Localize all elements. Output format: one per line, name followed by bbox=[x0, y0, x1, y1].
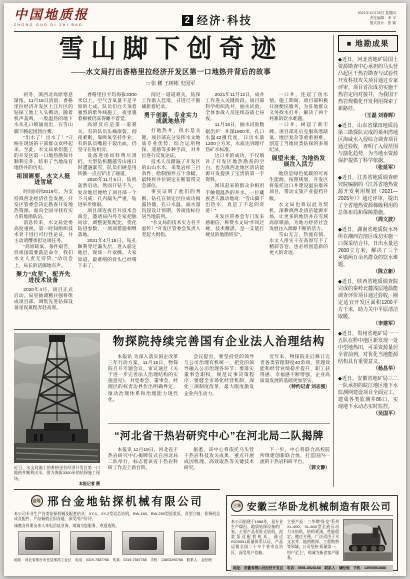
column-author: （郭文静） bbox=[260, 465, 330, 471]
column-text: 本报讯 11月19日，河北省干热岩研究中心揭牌仪式在河北局二队举行，标志着该省干… bbox=[108, 447, 178, 470]
article-column: 2021年11月12日，成井工作进入关键阶段。项目部科学组织洗井、抽水试验，全体… bbox=[205, 92, 264, 332]
governance-column: 会议提出，要坚持党的领导与公司治理有机统一，把党的领导融入公司治理各环节；要落实… bbox=[184, 354, 254, 424]
dateline: 2021年11月25日 星期四 责任编辑：李 平 版式设计：张 颖 bbox=[310, 11, 396, 26]
article-paragraph: 11月18日，抽水试验数据出炉：井深1800米，孔口水温42摄氏度，日出水量12… bbox=[205, 122, 264, 152]
main-article-columns: 初冬，滇西北高原寒意渐浓。11月18日清晨，香格里拉经济开发区上江片区的钻探工地… bbox=[14, 92, 328, 332]
article-paragraph: 打地热井，找水是关键。项目部充分发挥水文地质专业优势，综合运用物探、遥感等多种手… bbox=[142, 128, 201, 158]
ad-right-header: 三华 安徽三华卧龙机械制造有限公司 bbox=[231, 499, 393, 516]
section-header: 2 经济·科技 bbox=[182, 12, 252, 28]
caption-text: 近日，水文局施工的香格里拉经济开发区第一口地热井顺利出水，图为海拔3300米的钻… bbox=[14, 465, 100, 481]
article-paragraph: 地热是绿色低碳的可再生能源。按照规划，开发区将依托这口井建设温泉康养项目，带动文… bbox=[269, 171, 328, 201]
article-paragraph: 闻讯赶来的群众争相用手触摸温热的井水。一位藏族老人激动地说：“雪山脚下出热水，真… bbox=[205, 183, 264, 213]
article-hotdryrock: “河北省干热岩研究中心”在河北局二队揭牌 本报讯 11月19日，河北省干热岩研究… bbox=[108, 423, 330, 483]
brief-author: （吴国平） bbox=[338, 411, 398, 418]
page-header: 中国地质报 ZHONG GUO DI ZHI BAO 2 经济·科技 2021年… bbox=[14, 8, 396, 32]
main-byline: □ 张 鹏 王树彬 史国军 bbox=[14, 80, 328, 87]
sidebar-brief: ◆近日，江苏省地质调查研究院编制的《江苏省地热资源开发利用规划（2021—202… bbox=[338, 175, 398, 224]
hotdryrock-headline: “河北省干热岩研究中心”在河北局二队揭牌 bbox=[108, 428, 330, 443]
mud-pump-photo bbox=[70, 531, 112, 555]
drill-machine-photo bbox=[343, 519, 393, 561]
article-paragraph: 展望未来，为地热发展注入活力 bbox=[269, 156, 328, 168]
core-drill-photo bbox=[18, 531, 60, 555]
article-paragraph: 时间回到2019年。为支持滇西北经济社会发展，开发区管委会决定勘查开发地热资源，… bbox=[14, 189, 73, 219]
masthead: 中国地质报 ZHONG GUO DI ZHI BAO bbox=[14, 8, 124, 27]
article-paragraph: 这口井的成功，不仅填补了开发区地热勘查的空白，也为滇西北地区清洁能源开发提供了宝… bbox=[205, 153, 264, 183]
drilling-rig-photo bbox=[14, 333, 100, 463]
sidebar-brief-list: ◆近日，河北省地矿局国土资源勘查中心承担的马头营凸起区干热岩勘查与试验性开发科技… bbox=[338, 57, 398, 418]
article-column: 闯过一道道难关，钻探工作渐入佳境，日进尺不断刷新着纪录。勇于创新，专业实力成就地… bbox=[142, 92, 201, 332]
article-paragraph: 技术人员踏遍了开发区的山山水水，采集岩样三百余件，绘制图件五十余幅，最终将井位锁… bbox=[142, 159, 201, 189]
hotdryrock-column: 下一步，中心将联合高校院所组建创新联合体，打造国内一流的干热岩科研平台。 （郭文… bbox=[260, 447, 330, 483]
brief-author: （王磊 刘春晖） bbox=[338, 113, 398, 120]
ad-right-body: 本公司始建于1986年，是专业生产煤田、地质钻探设备的厂家，主要产品有卧式钻机、… bbox=[231, 519, 393, 563]
page-number-badge: 2 bbox=[182, 15, 193, 26]
sidebar-brief: ◆近日，陕西省地质调查院完成的秦岭北麓浅层地温能调查评价项目通过验收，圈定适宜开… bbox=[338, 279, 398, 328]
sidebar-brief: ◆近日，湖南省地质院水环所在湘西岩溶区成功实施一口探采结合井，日出水量达2600… bbox=[338, 227, 398, 276]
article-paragraph: 2021年4月18日，钻孔顺利穿过漏失层，进入稳定地层，现场一片欢腾。大家知道，… bbox=[78, 238, 137, 268]
article-paragraph: “水文局的技术实力名不虚传！”开发区管委会负责人竖起大拇指。 bbox=[142, 220, 201, 238]
sidebar-brief: ◆近日，河北省地矿局国土资源勘查中心承担的马头营凸起区干热岩勘查与试验性开发科技… bbox=[338, 57, 398, 120]
governance-headline: 物探院持续完善国有企业法人治理结构 bbox=[108, 333, 330, 349]
column-text: 会议提出，要坚持党的领导与公司治理有机统一，把党的领导融入公司治理各环节；要落实… bbox=[184, 354, 254, 396]
sidebar-divider bbox=[333, 35, 334, 487]
main-headline: 雪山脚下创奇迹 bbox=[14, 35, 328, 63]
article-paragraph: 消息传来，水文局党委高度重视，第一时间组织技术骨干进行可行性论证，并主动请缨承担… bbox=[14, 220, 73, 244]
article-paragraph: 一口井，连起了鱼水情。施工期间，项目部积极开展便民服务，为驻地群众义务找水打井，… bbox=[269, 92, 328, 122]
ad-right-text-2: 主要产品：三华牌“卧龙”系列XL-400、XL-600型全液压动力头钻机，结构紧… bbox=[287, 519, 339, 563]
article-paragraph: “出水了！出水了！”守候在现场的干部群众欢呼起来。至此，水文局承担施工的开发区第… bbox=[14, 135, 73, 172]
brief-author: （杨昌华） bbox=[338, 366, 398, 373]
article-paragraph: 开发区管委会专门发来感谢信，称赞水文局“作风过硬、技术精湛，是一支能打硬仗的地勘… bbox=[205, 214, 264, 238]
governance-column: 近年来，物探院先后修订完善各类管理制度40余项，管理效能和经营业绩稳步提升，职工… bbox=[260, 354, 330, 424]
article-paragraph: 祖国需要，水文人挺进雪域 bbox=[14, 174, 73, 186]
governance-columns: 本报讯 为深入落实国企改革三年行动方案，11月15日，物探院召开专题会议，审议通… bbox=[108, 354, 330, 424]
designer-text: 版式设计：张 颖 bbox=[310, 21, 396, 26]
article-paragraph: 水文局也将以此为契机，深耕滇西北清洁能源市场，让更多的地热井在雪域高原喷涌，为地… bbox=[269, 202, 328, 232]
masthead-pinyin: ZHONG GUO DI ZHI BAO bbox=[14, 23, 124, 27]
article-paragraph: 一口井，树起了新丰碑。项目部先后克服高寒缺氧、地层复杂等重重困难，创造了当地同类… bbox=[269, 122, 328, 152]
hotdryrock-columns: 本报讯 11月19日，河北省干热岩研究中心揭牌仪式在河北局二队举行，标志着该省干… bbox=[108, 447, 330, 483]
brief-author: （张延军） bbox=[338, 165, 398, 172]
brief-author: （李建军） bbox=[338, 321, 398, 328]
main-article: 雪山脚下创奇迹 ——水文局打出香格里拉经济开发区第一口地热井背后的故事 □ 张 … bbox=[14, 35, 328, 332]
ad-left-contact: 地址：河北省邢台市任县邢湾工业区 电话：0319-7587766 传真：0319… bbox=[14, 558, 220, 563]
ad-left-company-name: 邢台金地钻探机械有限公司 bbox=[48, 493, 204, 509]
brief-text: ◆近日，江苏省地质调查研究院编制的《江苏省地热资源开发利用规划（2021—202… bbox=[338, 175, 398, 216]
article-column: 初冬，滇西北高原寒意渐浓。11月18日清晨，香格里拉经济开发区上江片区的钻探工地… bbox=[14, 92, 73, 332]
ad-right-text-1: 本公司始建于1986年，是专业生产煤田、地质钻探设备的厂家，主要产品有卧式钻机、… bbox=[231, 519, 283, 563]
article-paragraph: 闯过一道道难关，钻探工作渐入佳境，日进尺不断刷新着纪录。 bbox=[142, 92, 201, 110]
photo-block: 近日，水文局施工的香格里拉经济开发区第一口地热井顺利出水，图为海拔3300米的钻… bbox=[14, 333, 100, 487]
ad-right-company-name: 安徽三华卧龙机械制造有限公司 bbox=[247, 499, 391, 513]
hotdryrock-column: 本报讯 11月19日，河北省干热岩研究中心揭牌仪式在河北局二队举行，标志着该省干… bbox=[108, 447, 178, 483]
spindle-assembly-photo bbox=[122, 531, 164, 555]
article-paragraph: 勇于创新，专业实力成就地热井 bbox=[142, 113, 201, 125]
masthead-title: 中国地质报 bbox=[14, 8, 124, 22]
article-paragraph: 2020年4月，项目正式启动。局里抽调精兵强将组成项目部，调集先进钻探设备星夜兼… bbox=[14, 287, 73, 311]
article-paragraph: 2021年11月12日，成井工作进入关键阶段。项目部科学组织洗井、抽水试验，全体… bbox=[205, 92, 264, 122]
ad-left-description-1: 本公司专业生产各类钻探机械及配套钻具：XY-1、XY-2型岩芯钻机，BW-160… bbox=[14, 511, 220, 521]
brief-text: ◆近日，山东省煤田地质局第三勘探队完成的莱州湾地区海咸水入侵综合调查项目通过验收… bbox=[338, 123, 398, 164]
jindi-logo-icon: 金地 bbox=[31, 495, 43, 507]
brief-text: ◆近日，河北省地矿局国土资源勘查中心承担的马头营凸起区干热岩勘查与试验性开发科技… bbox=[338, 57, 398, 112]
ad-jindi-drilling: 金地 邢台金地钻探机械有限公司 本公司专业生产各类钻探机械及配套钻具：XY-1、… bbox=[14, 489, 220, 563]
sidebar-header: ■ 地勘成果 bbox=[338, 35, 398, 52]
article-paragraph: 设备进场同样费尽周折。大型钻机翻越雪山垭口时遭遇暴雪，队员们硬是用铁锹一点点铲出… bbox=[78, 153, 137, 177]
main-subtitle: ——水文局打出香格里拉经济开发区第一口地热井背后的故事 bbox=[14, 67, 328, 77]
sidebar-brief: ◆近日，安徽省地矿局三二一队承担的皖江地区地下水监测网建设项目全面完工，建成各类… bbox=[338, 376, 398, 418]
ad-left-header: 金地 邢台金地钻探机械有限公司 bbox=[14, 493, 220, 509]
brief-text: ◆近日，湖南省地质院水环所在湘西岩溶区成功实施一口探采结合井，日出水量达2600… bbox=[338, 227, 398, 268]
article-paragraph: 香格里拉平均海拔3300米以上，空气含氧量不足平原的七成。队员们白天顶着强烈的紫… bbox=[78, 92, 137, 122]
sidebar-achievements: ■ 地勘成果 ◆近日，河北省地矿局国土资源勘查中心承担的马头营凸起区干热岩勘查与… bbox=[338, 35, 398, 487]
photo-caption: 近日，水文局施工的香格里拉经济开发区第一口地热井顺利出水，图为海拔3300米的钻… bbox=[14, 465, 100, 487]
article-column: 一口井，连起了鱼水情。施工期间，项目部积极开展便民服务，为驻地群众义务找水打井，… bbox=[269, 92, 328, 332]
column-text: 本报讯 为深入落实国企改革三年行动方案，11月15日，物探院召开专题会议，审议通… bbox=[108, 354, 178, 402]
section-divider bbox=[14, 329, 330, 330]
column-author: （特约记者 刘志强） bbox=[260, 384, 330, 390]
brief-text: ◆近日，陕西省地质调查院完成的秦岭北麓浅层地温能调查评价项目通过验收，圈定适宜开… bbox=[338, 279, 398, 320]
brief-author: （陈立新） bbox=[338, 269, 398, 276]
newspaper-page: 中国地质报 ZHONG GUO DI ZHI BAO 2 经济·科技 2021年… bbox=[4, 3, 406, 576]
section-title: 经济·科技 bbox=[197, 12, 252, 28]
governance-column: 本报讯 为深入落实国企改革三年行动方案，11月15日，物探院召开专题会议，审议通… bbox=[108, 354, 178, 424]
column-text: 下一步，中心将联合高校院所组建创新联合体，打造国内一流的干热岩科研平台。 bbox=[260, 447, 330, 464]
article-paragraph: 雪山无言，热流有情。水文人用实干在高原写下了精彩答卷，也必将创造新的更大的奇迹。 bbox=[269, 232, 328, 256]
sanhua-logo-icon: 三华 bbox=[231, 500, 243, 512]
winch-photo bbox=[174, 531, 216, 555]
column-text: 据悉，该中心将依托马头营干热岩科技攻关成果，重点开展成因机理、高效取热等关键技术… bbox=[184, 447, 254, 470]
article-paragraph: “高原缺氧、条件艰苦，但祖国需要就是命令，我们水文人责无旁贷。”动员会上，局长的… bbox=[14, 244, 73, 268]
article-column: 香格里拉平均海拔3300米以上，空气含氧量不足平原的七成。队员们白天顶着强烈的紫… bbox=[78, 92, 137, 332]
article-paragraph: 高原反应是第一道难关。有的队员头痛欲裂、彻夜难眠，靠吸氧坚持作业；有的队员嘴唇干… bbox=[78, 122, 137, 152]
ad-left-description-2: 诚邀各界朋友来人来电洽谈业务，竭诚为您服务，欢迎选购。 bbox=[14, 523, 220, 528]
article-paragraph: 聚力“攻坚”，配齐先进技术设备 bbox=[14, 272, 73, 284]
article-paragraph: 事实证明了他们的判断。钻孔在预定层位成功揭露热储，孔口水温、涌水量均超设计预期，… bbox=[142, 189, 201, 219]
brief-text: ◆近日，贵州省地矿局一一五队在黔中地区新发现一处中型地热田，可采资源量居全省前列… bbox=[338, 331, 398, 365]
brief-author: （周文波） bbox=[338, 217, 398, 224]
hotdryrock-column: 据悉，该中心将依托马头营干热岩科技攻关成果，重点开展成因机理、高效取热等关键技术… bbox=[184, 447, 254, 483]
sidebar-brief: ◆近日，山东省煤田地质局第三勘探队完成的莱州湾地区海咸水入侵综合调查项目通过验收… bbox=[338, 123, 398, 172]
ad-sanhua-wolong: 三华 安徽三华卧龙机械制造有限公司 本公司始建于1986年，是专业生产煤田、地质… bbox=[226, 495, 398, 571]
column-text: 近年来，物探院先后修订完善各类管理制度40余项，管理效能和经营业绩稳步提升，职工… bbox=[260, 354, 330, 383]
article-paragraph: 项目部连夜召开技术会商会，邀请局内外专家把脉问诊，调整泥浆配比，优化钻进参数，一… bbox=[78, 208, 137, 238]
photo-credit: 本报记者 摄 bbox=[14, 481, 100, 486]
article-paragraph: 初冬，滇西北高原寒意渐浓。11月18日清晨，香格里拉经济开发区上江片区的钻探工地… bbox=[14, 92, 73, 135]
article-governance: 物探院持续完善国有企业法人治理结构 本报讯 为深入落实国企改革三年行动方案，11… bbox=[108, 333, 330, 424]
ad-right-contact: 地址：安徽省潜山县经济开发区 电话：0556-8928168 联系人：储经理 手… bbox=[231, 565, 393, 572]
sidebar-brief: ◆近日，贵州省地矿局一一五队在黔中地区新发现一处中型地热田，可采资源量居全省前列… bbox=[338, 331, 398, 373]
article-paragraph: 2020年11月5日，钻机轰然启动。然而开钻不久，复杂地层便给了项目部一个下马威… bbox=[78, 177, 137, 207]
brief-text: ◆近日，安徽省地矿局三二一队承担的皖江地区地下水监测网建设项目全面完工，建成各类… bbox=[338, 376, 398, 410]
ad-left-product-photos bbox=[14, 531, 220, 555]
